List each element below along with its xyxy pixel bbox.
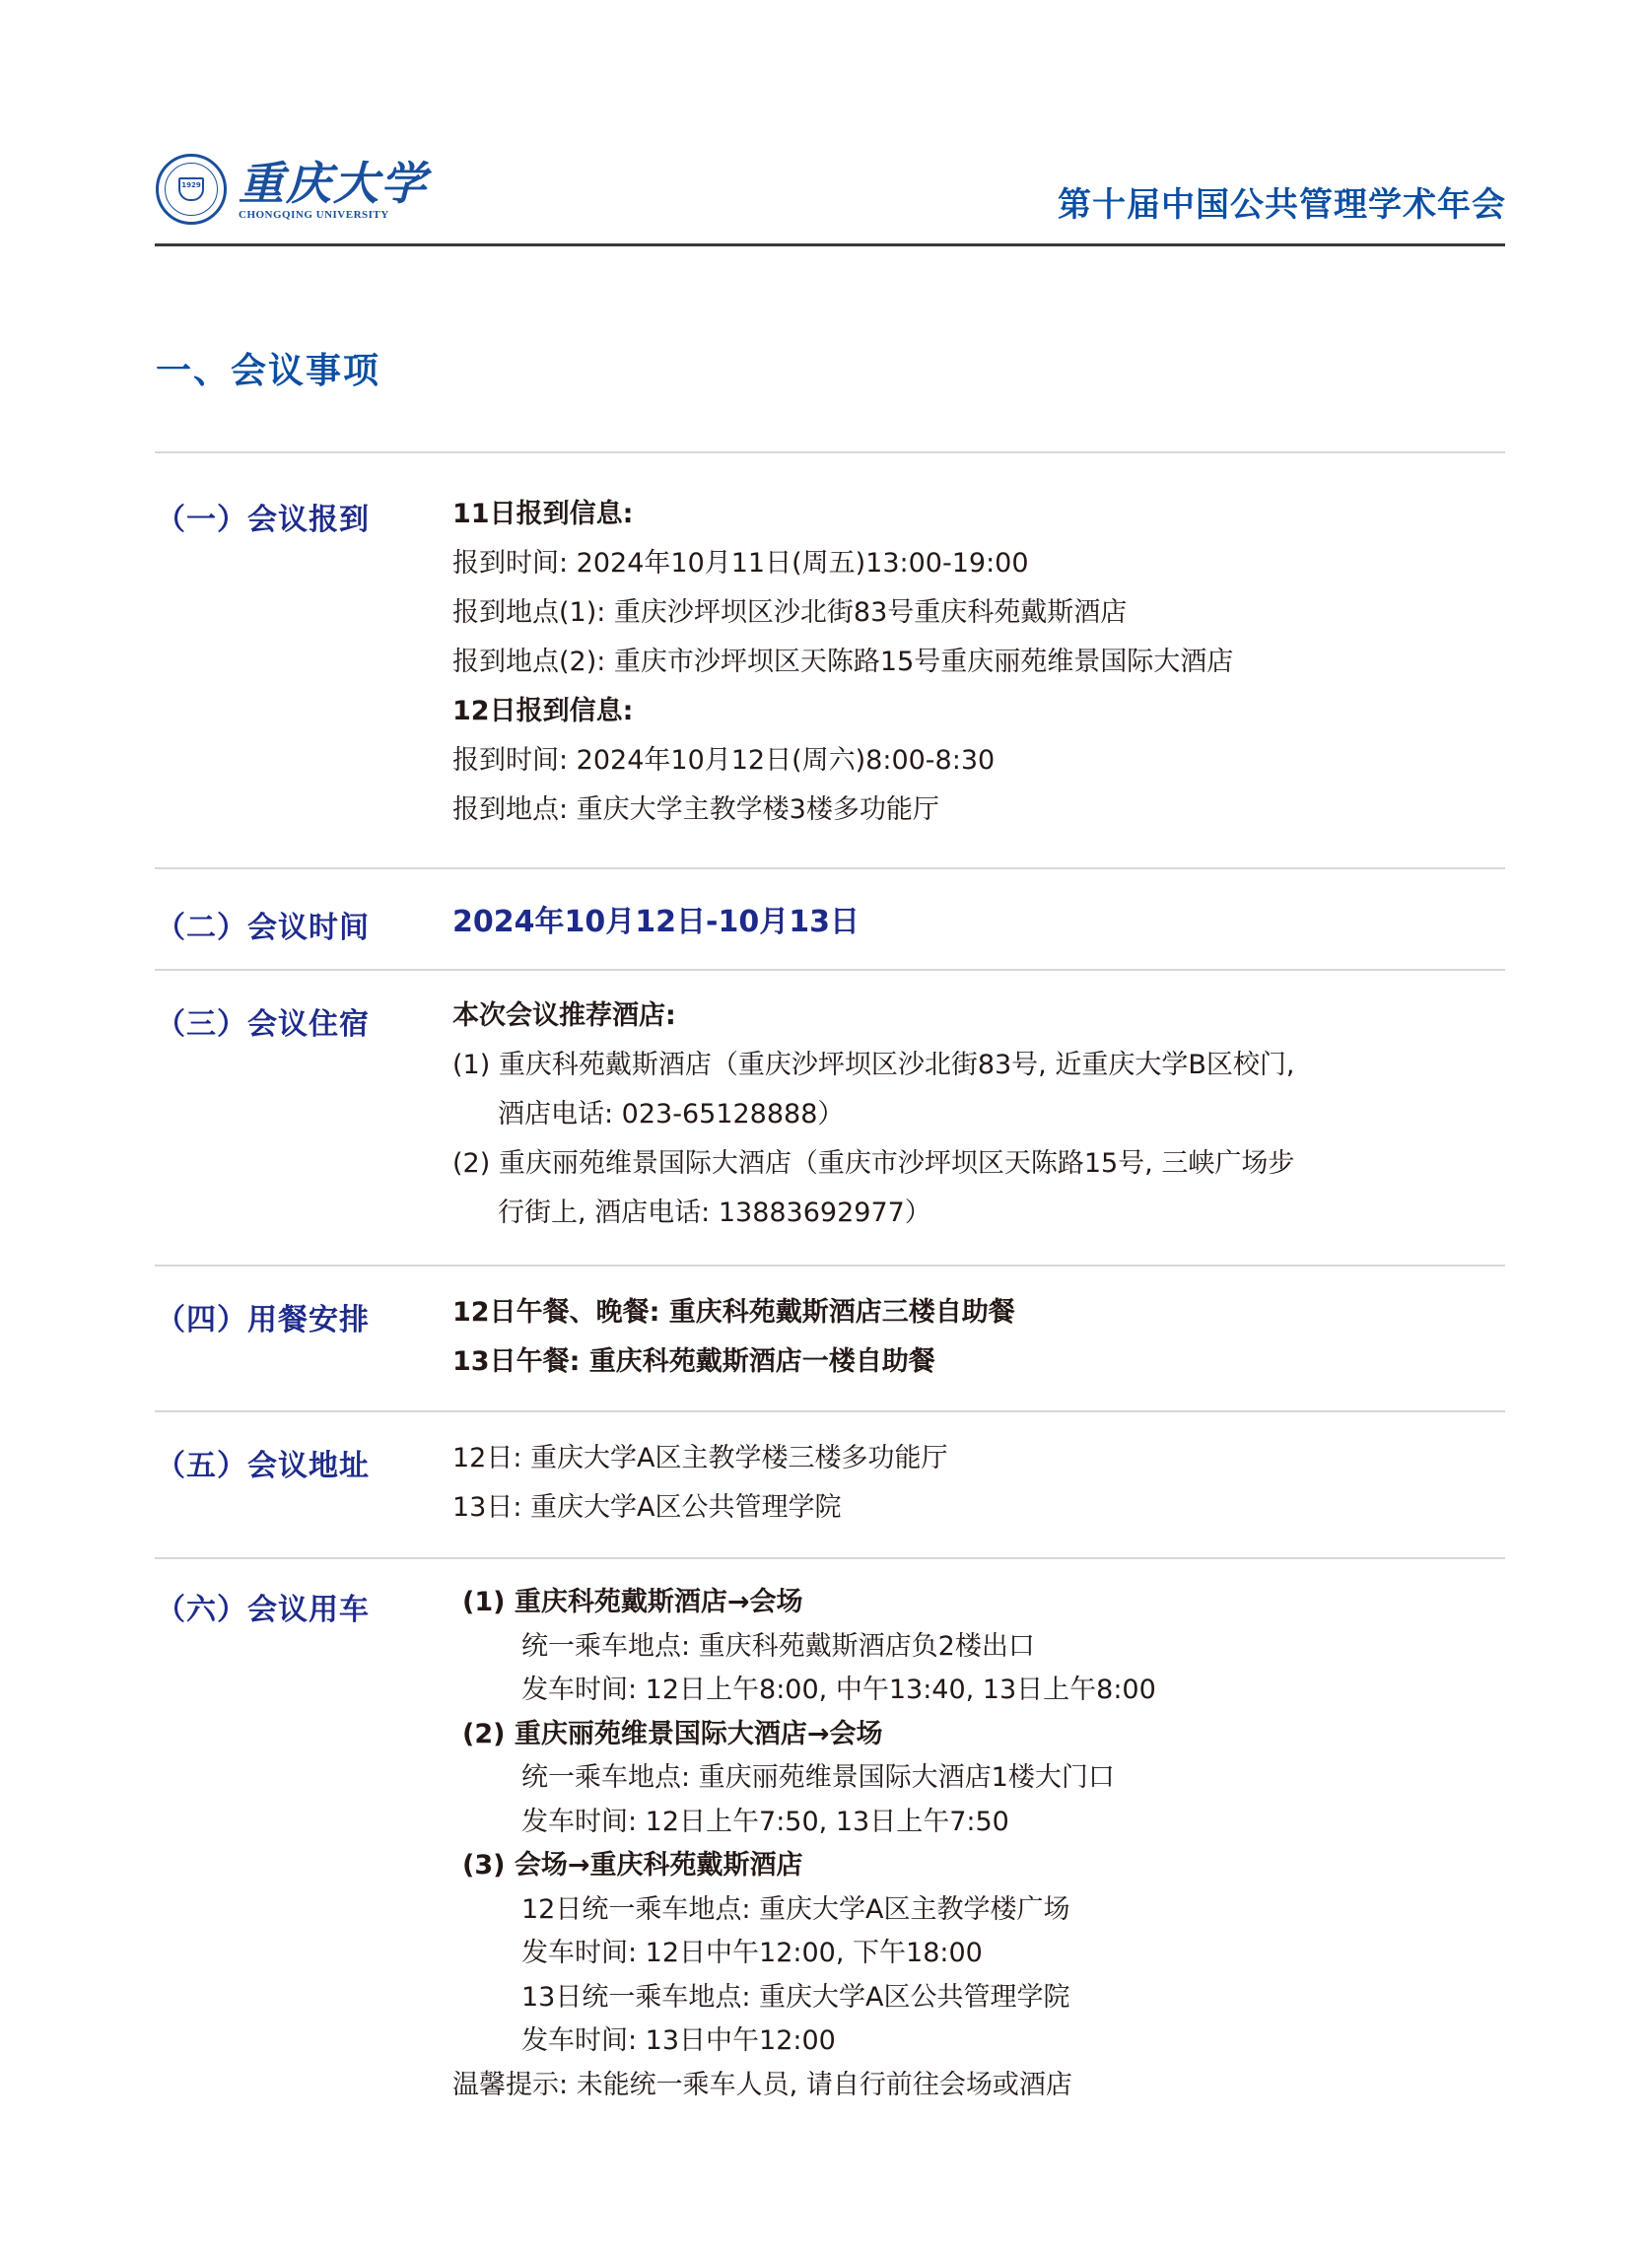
time-content: 2024年10月12日-10月13日 [452, 898, 860, 947]
label-registration: （一）会议报到 [156, 495, 370, 538]
header-rule [155, 243, 1505, 246]
day11-place2: 报到地点(2): 重庆市沙坪坝区天陈路15号重庆丽苑维景国际大酒店 [452, 638, 1233, 687]
registration-content: 11日报到信息: 报到时间: 2024年10月11日(周五)13:00-19:0… [452, 490, 1233, 835]
divider [155, 969, 1505, 971]
logo-english-name: CHONGQING UNIVERSITY [239, 209, 428, 221]
divider [155, 1265, 1505, 1266]
divider [155, 1410, 1505, 1412]
day12-time: 报到时间: 2024年10月12日(周六)8:00-8:30 [452, 736, 1233, 786]
route2-title: (2) 重庆丽苑维景国际大酒店→会场 [452, 1713, 1156, 1757]
day12-heading: 12日报到信息: [452, 687, 1233, 736]
route3-title: (3) 会场→重庆科苑戴斯酒店 [452, 1844, 1156, 1888]
university-logo: 1929 重庆大学 CHONGQING UNIVERSITY [156, 154, 428, 225]
route2-times: 发车时间: 12日上午7:50, 13日上午7:50 [452, 1801, 1156, 1845]
route3-pickup12: 12日统一乘车地点: 重庆大学A区主教学楼广场 [452, 1888, 1156, 1933]
divider [155, 867, 1505, 869]
divider [155, 451, 1505, 453]
venue-line2: 13日: 重庆大学A区公共管理学院 [452, 1483, 948, 1533]
day11-heading: 11日报到信息: [452, 490, 1233, 539]
lodging-content: 本次会议推荐酒店: (1) 重庆科苑戴斯酒店（重庆沙坪坝区沙北街83号, 近重庆… [452, 992, 1294, 1238]
route1-title: (1) 重庆科苑戴斯酒店→会场 [452, 1581, 1156, 1625]
conference-title: 第十届中国公共管理学术年会 [1058, 177, 1506, 226]
meeting-date-range: 2024年10月12日-10月13日 [452, 898, 860, 947]
dining-content: 12日午餐、晚餐: 重庆科苑戴斯酒店三楼自助餐 13日午餐: 重庆科苑戴斯酒店一… [452, 1288, 1015, 1387]
hotel2-line2: 行街上, 酒店电话: 13883692977） [452, 1189, 1294, 1238]
divider [155, 1557, 1505, 1559]
dining-line2: 13日午餐: 重庆科苑戴斯酒店一楼自助餐 [452, 1337, 1015, 1387]
page-header: 1929 重庆大学 CHONGQING UNIVERSITY 第十届中国公共管理… [156, 148, 1506, 246]
hotel2-line1: (2) 重庆丽苑维景国际大酒店（重庆市沙坪坝区天陈路15号, 三峡广场步 [452, 1139, 1294, 1189]
route1-times: 发车时间: 12日上午8:00, 中午13:40, 13日上午8:00 [452, 1669, 1156, 1713]
seal-year: 1929 [178, 177, 204, 201]
day12-place: 报到地点: 重庆大学主教学楼3楼多功能厅 [452, 786, 1233, 835]
hotel1-line2: 酒店电话: 023-65128888） [452, 1090, 1294, 1139]
lodging-heading: 本次会议推荐酒店: [452, 992, 1294, 1041]
transport-tip: 温馨提示: 未能统一乘车人员, 请自行前往会场或酒店 [452, 2064, 1156, 2108]
label-venue: （五）会议地址 [156, 1441, 370, 1484]
hotel1-line1: (1) 重庆科苑戴斯酒店（重庆沙坪坝区沙北街83号, 近重庆大学B区校门, [452, 1041, 1294, 1090]
route3-times12: 发车时间: 12日中午12:00, 下午18:00 [452, 1932, 1156, 1976]
venue-line1: 12日: 重庆大学A区主教学楼三楼多功能厅 [452, 1434, 948, 1483]
label-dining: （四）用餐安排 [156, 1295, 370, 1338]
label-transport: （六）会议用车 [156, 1585, 370, 1628]
label-lodging: （三）会议住宿 [156, 999, 370, 1043]
section-title: 一、会议事项 [156, 343, 380, 393]
university-seal-icon: 1929 [156, 154, 227, 225]
label-time: （二）会议时间 [156, 903, 370, 946]
day11-time: 报到时间: 2024年10月11日(周五)13:00-19:00 [452, 539, 1233, 588]
logo-chinese-name: 重庆大学 [239, 158, 428, 209]
day11-place1: 报到地点(1): 重庆沙坪坝区沙北街83号重庆科苑戴斯酒店 [452, 588, 1233, 638]
route2-pickup: 统一乘车地点: 重庆丽苑维景国际大酒店1楼大门口 [452, 1756, 1156, 1801]
venue-content: 12日: 重庆大学A区主教学楼三楼多功能厅 13日: 重庆大学A区公共管理学院 [452, 1434, 948, 1533]
route3-times13: 发车时间: 13日中午12:00 [452, 2019, 1156, 2064]
route1-pickup: 统一乘车地点: 重庆科苑戴斯酒店负2楼出口 [452, 1625, 1156, 1670]
dining-line1: 12日午餐、晚餐: 重庆科苑戴斯酒店三楼自助餐 [452, 1288, 1015, 1337]
route3-pickup13: 13日统一乘车地点: 重庆大学A区公共管理学院 [452, 1976, 1156, 2020]
transport-content: (1) 重庆科苑戴斯酒店→会场 统一乘车地点: 重庆科苑戴斯酒店负2楼出口 发车… [452, 1581, 1156, 2107]
